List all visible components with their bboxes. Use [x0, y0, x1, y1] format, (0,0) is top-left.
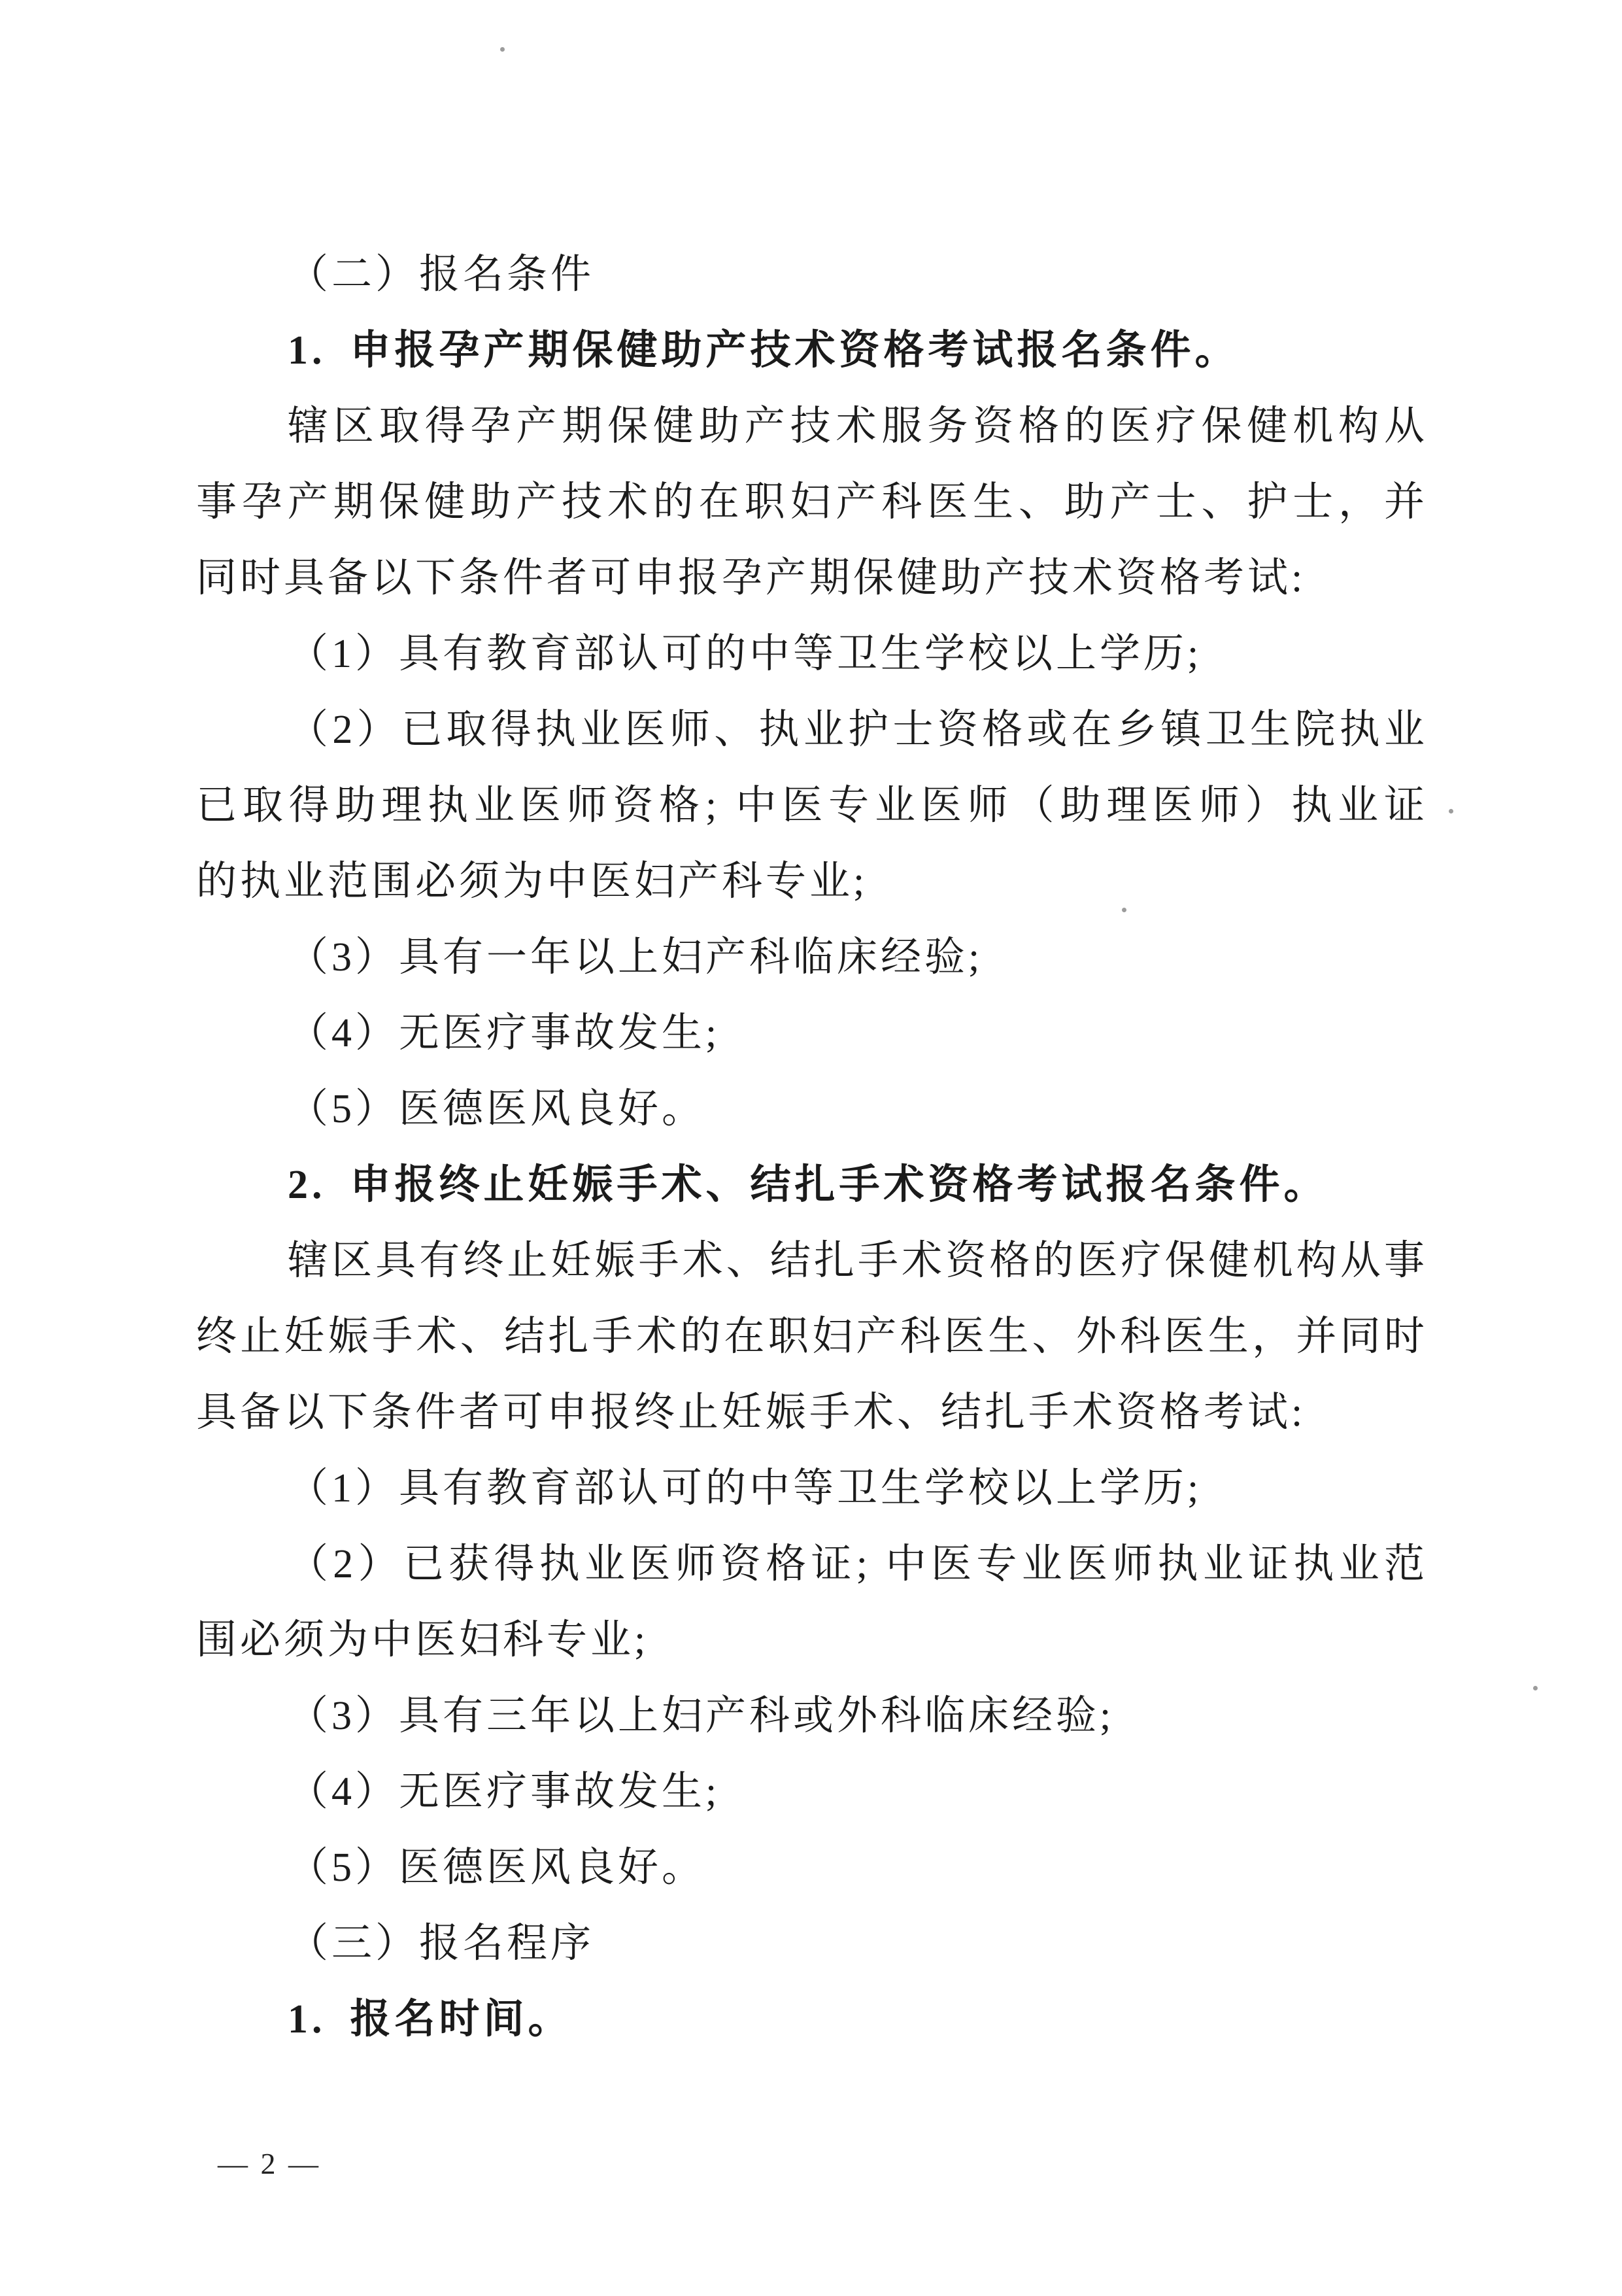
- doc-line: 的执业范围必须为中医妇产科专业;: [196, 844, 1428, 919]
- scan-speck: [500, 47, 505, 52]
- list-item: （5）医德医风良好。: [196, 1830, 1428, 1906]
- section-heading: （三）报名程序: [196, 1906, 1428, 1981]
- scan-speck: [1449, 809, 1453, 814]
- numbered-heading: 2. 申报终止妊娠手术、结扎手术资格考试报名条件。: [196, 1147, 1428, 1223]
- doc-line: 事孕产期保健助产技术的在职妇产科医生、助产士、护士，并: [196, 464, 1428, 540]
- doc-line: 具备以下条件者可申报终止妊娠手术、结扎手术资格考试:: [196, 1375, 1428, 1450]
- list-item: （4）无医疗事故发生;: [196, 1754, 1428, 1830]
- page-number: — 2 —: [218, 2146, 321, 2181]
- list-item: （1）具有教育部认可的中等卫生学校以上学历;: [196, 1450, 1428, 1526]
- list-item: （3）具有三年以上妇产科或外科临床经验;: [196, 1678, 1428, 1754]
- doc-line: 同时具备以下条件者可申报孕产期保健助产技术资格考试:: [196, 540, 1428, 616]
- list-item: （2）已获得执业医师资格证; 中医专业医师执业证执业范: [196, 1526, 1428, 1602]
- document-page: （二）报名条件 1. 申报孕产期保健助产技术资格考试报名条件。 辖区取得孕产期保…: [0, 0, 1622, 2296]
- numbered-heading: 1. 报名时间。: [196, 1981, 1428, 2057]
- numbered-heading: 1. 申报孕产期保健助产技术资格考试报名条件。: [196, 313, 1428, 388]
- list-item: （2）已取得执业医师、执业护士资格或在乡镇卫生院执业: [196, 692, 1428, 768]
- doc-line: 辖区取得孕产期保健助产技术服务资格的医疗保健机构从: [196, 388, 1428, 464]
- doc-line: 辖区具有终止妊娠手术、结扎手术资格的医疗保健机构从事: [196, 1223, 1428, 1299]
- doc-line: 已取得助理执业医师资格; 中医专业医师（助理医师）执业证: [196, 768, 1428, 844]
- list-item: （1）具有教育部认可的中等卫生学校以上学历;: [196, 616, 1428, 692]
- list-item: （4）无医疗事故发生;: [196, 995, 1428, 1071]
- list-item: （3）具有一年以上妇产科临床经验;: [196, 919, 1428, 995]
- doc-line: 终止妊娠手术、结扎手术的在职妇产科医生、外科医生，并同时: [196, 1299, 1428, 1375]
- section-heading: （二）报名条件: [196, 237, 1428, 313]
- scan-speck: [1533, 1686, 1538, 1690]
- scan-speck: [1122, 908, 1126, 912]
- document-body: （二）报名条件 1. 申报孕产期保健助产技术资格考试报名条件。 辖区取得孕产期保…: [196, 237, 1428, 2057]
- doc-line: 围必须为中医妇科专业;: [196, 1602, 1428, 1678]
- list-item: （5）医德医风良好。: [196, 1071, 1428, 1147]
